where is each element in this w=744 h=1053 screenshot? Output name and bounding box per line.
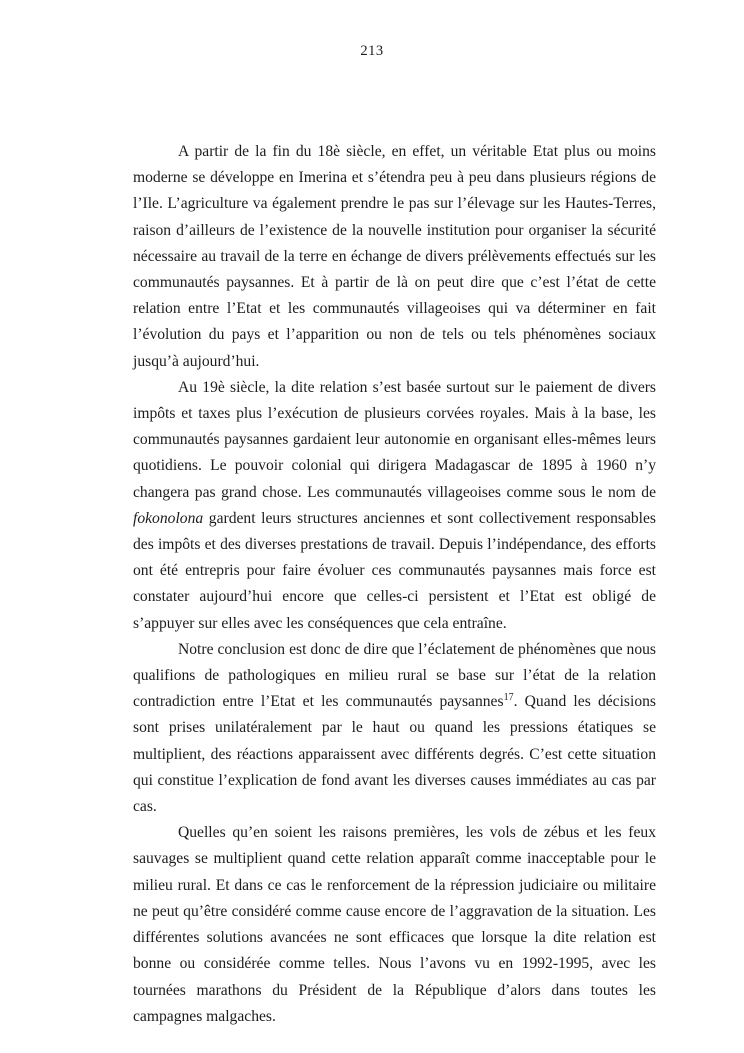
text-run: gardent leurs structures anciennes et so… <box>133 510 656 632</box>
text-run: . Quand les décisions sont prises unilat… <box>133 693 656 815</box>
footnote-reference: 17 <box>504 692 514 703</box>
text-run: A partir de la fin du 18è siècle, en eff… <box>133 143 656 370</box>
document-body: A partir de la fin du 18è siècle, en eff… <box>133 139 656 1030</box>
page-number: 213 <box>0 43 744 60</box>
paragraph: Au 19è siècle, la dite relation s’est ba… <box>133 375 656 637</box>
text-run: Au 19è siècle, la dite relation s’est ba… <box>133 379 656 501</box>
paragraph: Quelles qu’en soient les raisons premièr… <box>133 820 656 1030</box>
text-run: Quelles qu’en soient les raisons premièr… <box>133 824 656 1024</box>
document-page: 213 A partir de la fin du 18è siècle, en… <box>0 0 744 1053</box>
paragraph: A partir de la fin du 18è siècle, en eff… <box>133 139 656 375</box>
italic-term: fokonolona <box>133 510 203 527</box>
paragraph: Notre conclusion est donc de dire que l’… <box>133 637 656 820</box>
